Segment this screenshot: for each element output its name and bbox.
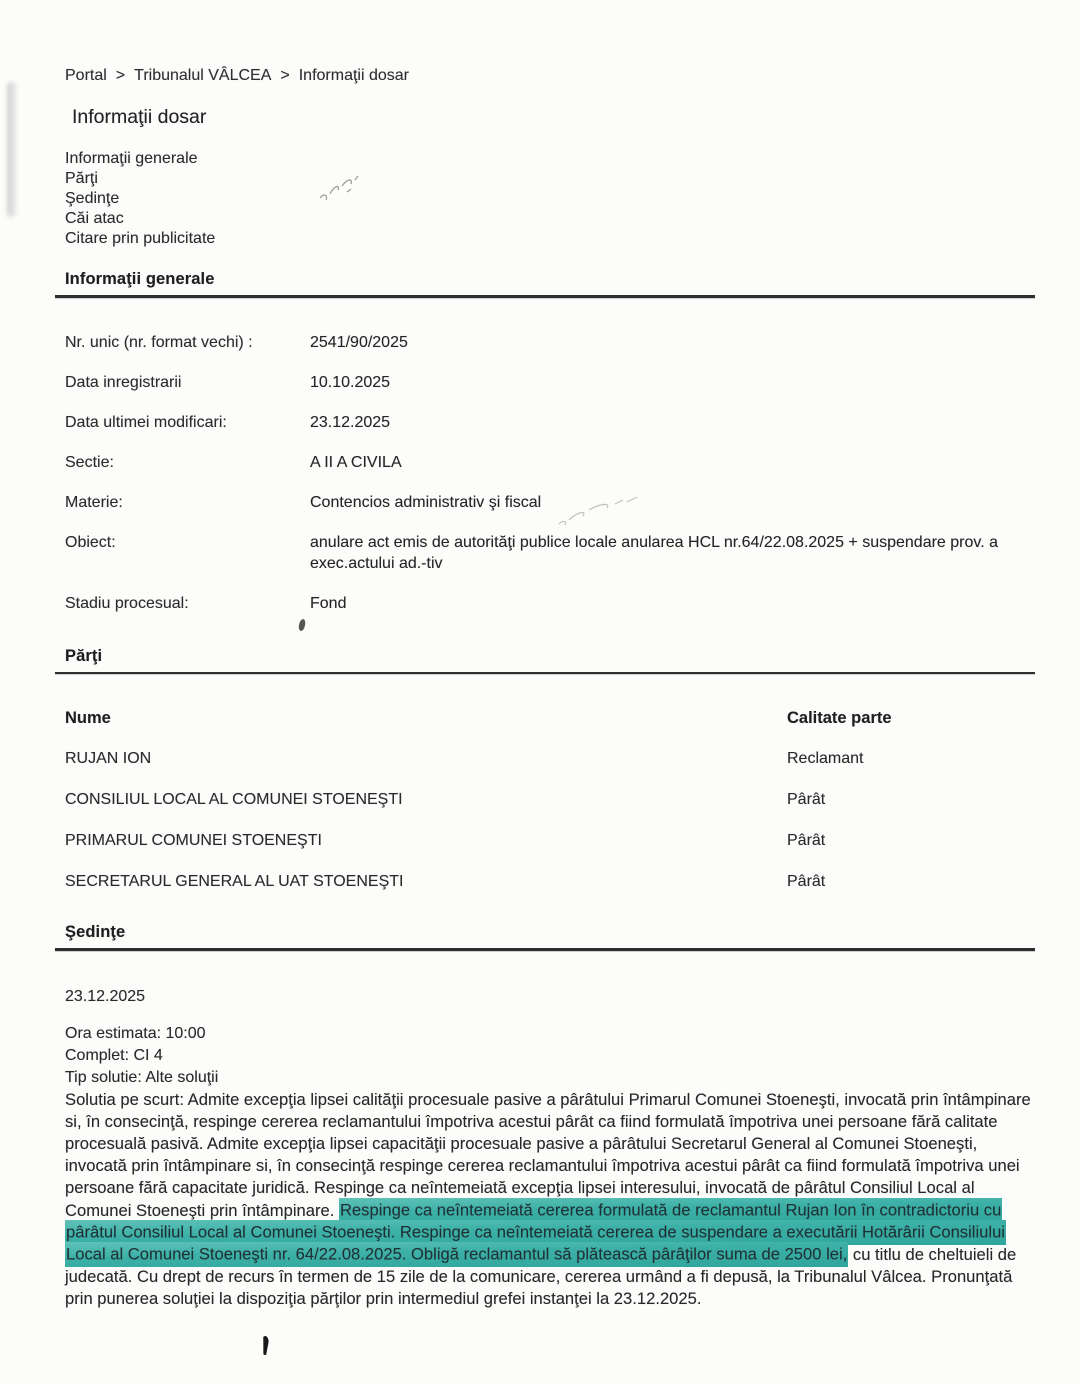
page-title: Informaţii dosar	[72, 106, 1035, 129]
breadcrumb-separator: >	[116, 67, 125, 84]
field-label-sectie: Sectie:	[65, 452, 310, 473]
nav-menu: Informaţii generale Părţi Şedinţe Căi at…	[65, 149, 1035, 249]
field-label-obiect: Obiect:	[65, 532, 310, 574]
field-label-nr-unic: Nr. unic (nr. format vechi) :	[65, 332, 310, 353]
column-header-nume: Nume	[65, 708, 787, 728]
solution-text: Solutia pe scurt: Admite excepţia lipsei…	[65, 1089, 1037, 1311]
parties-table: Nume Calitate parte RUJAN ION Reclamant …	[65, 708, 1035, 892]
section-divider	[55, 295, 1035, 298]
party-name: RUJAN ION	[65, 749, 787, 769]
field-label-materie: Materie:	[65, 492, 310, 513]
breadcrumb-link-tribunal[interactable]: Tribunalul VÂLCEA	[134, 67, 271, 84]
party-name: SECRETARUL GENERAL AL UAT STOENEŞTI	[65, 872, 787, 892]
hearing-date: 23.12.2025	[65, 986, 1035, 1007]
section-heading-informatii-generale: Informaţii generale	[65, 270, 1035, 289]
section-divider	[55, 672, 1035, 675]
breadcrumb-current: Informaţii dosar	[299, 67, 409, 84]
party-name: PRIMARUL COMUNEI STOENEŞTI	[65, 831, 787, 851]
scanned-document-page: Portal>Tribunalul VÂLCEA>Informaţii dosa…	[0, 0, 1080, 1384]
section-divider	[55, 948, 1035, 951]
field-value-data-modificari: 23.12.2025	[310, 412, 1010, 433]
breadcrumb: Portal>Tribunalul VÂLCEA>Informaţii dosa…	[65, 66, 1035, 85]
field-value-sectie: A II A CIVILA	[310, 452, 1010, 473]
hearing-details: Ora estimata: 10:00 Complet: CI 4 Tip so…	[65, 1023, 1035, 1311]
section-heading-parti: Părţi	[65, 647, 1035, 666]
hearing-complet-line: Complet: CI 4	[65, 1045, 1035, 1067]
hearing-ora-line: Ora estimata: 10:00	[65, 1023, 1035, 1045]
party-quality: Pârât	[787, 831, 1035, 851]
party-quality: Reclamant	[787, 749, 1035, 769]
field-value-obiect: anulare act emis de autorităţi publice l…	[310, 532, 1010, 574]
general-info-fields: Nr. unic (nr. format vechi) : 2541/90/20…	[65, 332, 1035, 614]
field-value-data-inregistrarii: 10.10.2025	[310, 372, 1010, 393]
breadcrumb-separator: >	[280, 67, 289, 84]
field-label-data-inregistrarii: Data inregistrarii	[65, 372, 310, 393]
nav-item-citare-publicitate[interactable]: Citare prin publicitate	[65, 229, 1035, 249]
field-value-materie: Contencios administrativ şi fiscal	[310, 492, 1010, 513]
party-quality: Pârât	[787, 790, 1035, 810]
field-label-data-modificari: Data ultimei modificari:	[65, 412, 310, 433]
nav-item-cai-atac[interactable]: Căi atac	[65, 209, 1035, 229]
field-label-stadiu: Stadiu procesual:	[65, 593, 310, 614]
nav-item-informatii-generale[interactable]: Informaţii generale	[65, 149, 1035, 169]
field-value-stadiu: Fond	[310, 593, 1010, 614]
breadcrumb-link-portal[interactable]: Portal	[65, 67, 107, 84]
nav-item-sedinte[interactable]: Şedinţe	[65, 189, 1035, 209]
column-header-calitate: Calitate parte	[787, 708, 1035, 728]
nav-item-parti[interactable]: Părţi	[65, 169, 1035, 189]
party-name: CONSILIUL LOCAL AL COMUNEI STOENEŞTI	[65, 790, 787, 810]
field-value-nr-unic: 2541/90/2025	[310, 332, 1010, 353]
section-heading-sedinte: Şedinţe	[65, 923, 1035, 942]
hearing-tip-line: Tip solutie: Alte soluţii	[65, 1067, 1035, 1089]
party-quality: Pârât	[787, 872, 1035, 892]
